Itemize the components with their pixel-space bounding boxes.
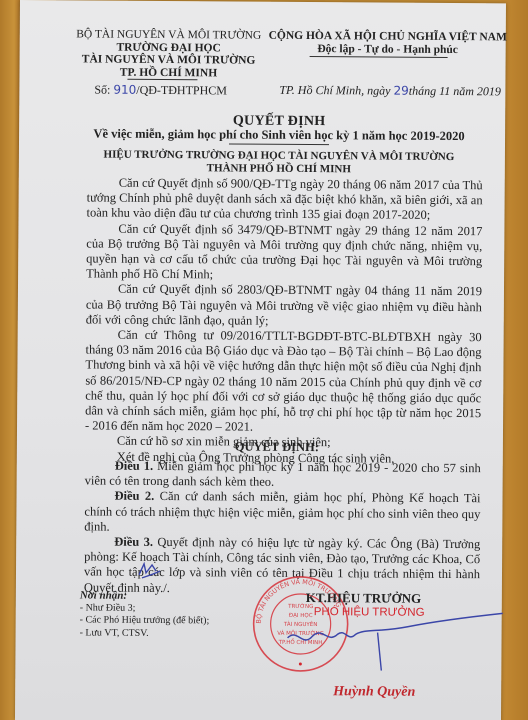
preamble-clause: Căn cứ Quyết định số 3479/QĐ-BTNMT ngày … [86, 221, 482, 285]
handwritten-number: 910 [113, 83, 136, 97]
national-header: CỘNG HÒA XÃ HỘI CHỦ NGHĨA VIỆT NAM Độc l… [268, 30, 508, 57]
signer-title: KT.HIỆU TRƯỞNG [306, 590, 421, 607]
document-number: Số: 910/QĐ-TĐHTPHCM [94, 83, 227, 99]
recipients-block: Nơi nhận: - Như Điều 3; - Các Phó Hiệu t… [80, 589, 210, 640]
signer-name: Huỳnh Quyền [333, 684, 415, 701]
recipient-item: - Như Điều 3; [80, 602, 210, 615]
title-underline [229, 143, 329, 145]
article-1: Điều 1. Miễn giảm học phí học kỳ 1 năm h… [85, 458, 481, 491]
recipients-title: Nơi nhận: [80, 589, 210, 602]
article-2: Điều 2. Căn cứ danh sách miễn, giảm học … [84, 489, 480, 537]
preamble-clause: Căn cứ Thông tư 09/2016/TTLT-BGDĐT-BTC-B… [85, 327, 482, 436]
school-name-line2: TÀI NGUYÊN VÀ MÔI TRƯỜNG [64, 53, 274, 67]
school-name-line3: TP. HỒ CHÍ MINH [63, 66, 273, 80]
decision-heading: QUYẾT ĐỊNH: [57, 438, 497, 456]
header-underline-left [127, 79, 197, 80]
country-name: CỘNG HÒA XÃ HỘI CHỦ NGHĨA VIỆT NAM [268, 30, 508, 44]
national-motto: Độc lập - Tự do - Hạnh phúc [268, 42, 508, 56]
handwritten-day: 29 [393, 84, 408, 98]
preamble: Căn cứ Quyết định số 900/QĐ-TTg ngày 20 … [85, 175, 483, 467]
recipient-item: - Lưu VT, CTSV. [80, 627, 210, 640]
handwritten-initial-icon [136, 561, 166, 581]
issuing-authority: HIỆU TRƯỞNG TRƯỜNG ĐẠI HỌC TÀI NGUYÊN VÀ… [59, 148, 499, 177]
preamble-clause: Căn cứ Quyết định số 900/QĐ-TTg ngày 20 … [86, 175, 482, 223]
preamble-clause: Căn cứ Quyết định số 2803/QĐ-BTNMT ngày … [86, 282, 482, 330]
signer-subtitle: PHÓ HIỆU TRƯỞNG [314, 606, 425, 619]
recipient-item: - Các Phó Hiệu trưởng (để biết); [80, 614, 210, 627]
document-subject: Về việc miễn, giảm học phí cho Sinh viên… [59, 126, 499, 144]
issuer-header: BỘ TÀI NGUYÊN VÀ MÔI TRƯỜNG TRƯỜNG ĐẠI H… [63, 28, 273, 79]
header-underline-right [310, 56, 448, 58]
document-page: BỘ TÀI NGUYÊN VÀ MÔI TRƯỜNG TRƯỜNG ĐẠI H… [15, 0, 506, 720]
ministry-name: BỘ TÀI NGUYÊN VÀ MÔI TRƯỜNG [64, 28, 274, 42]
document-date: TP. Hồ Chí Minh, ngày 29tháng 11 năm 201… [279, 83, 501, 100]
